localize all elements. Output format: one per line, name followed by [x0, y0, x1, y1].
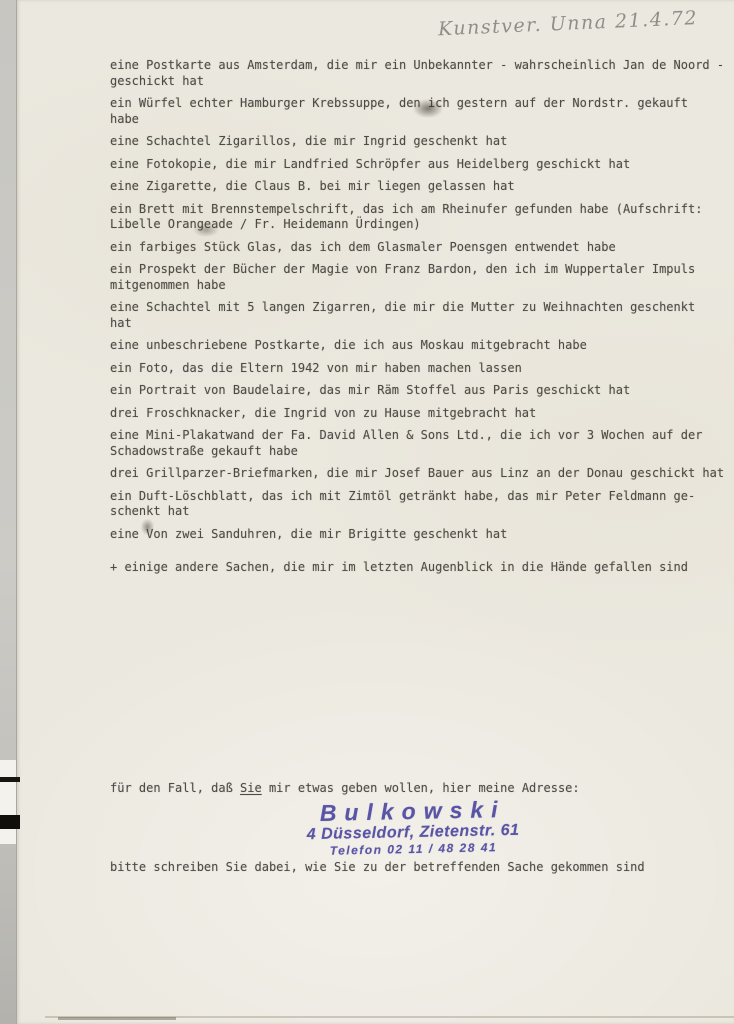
list-item: eine Postkarte aus Amsterdam, die mir ei… [110, 58, 734, 89]
list-item: ein Portrait von Baudelaire, das mir Räm… [110, 383, 734, 399]
list-item: eine unbeschriebene Postkarte, die ich a… [110, 338, 734, 354]
list-item: eine Schachtel Zigarillos, die mir Ingri… [110, 134, 734, 150]
closing-note: + einige andere Sachen, die mir im letzt… [110, 560, 734, 576]
list-item: eine Mini-Plakatwand der Fa. David Allen… [110, 428, 734, 459]
address-intro-underlined: Sie [240, 781, 262, 795]
list-item: ein Brett mit Brennstempelschrift, das i… [110, 202, 734, 233]
scanner-edge-strip [0, 0, 17, 1024]
typewritten-text: eine Postkarte aus Amsterdam, die mir ei… [110, 58, 734, 876]
film-mark-thick [0, 815, 20, 829]
strip-white-patch [0, 760, 16, 844]
list-item: ein Foto, das die Eltern 1942 von mir ha… [110, 361, 734, 377]
list-item: eine Fotokopie, die mir Landfried Schröp… [110, 157, 734, 173]
address-intro: für den Fall, daß Sie mir etwas geben wo… [110, 781, 734, 797]
address-intro-after: mir etwas geben wollen, hier meine Adres… [262, 781, 580, 795]
list-item: drei Froschknacker, die Ingrid von zu Ha… [110, 406, 734, 422]
request-line: bitte schreiben Sie dabei, wie Sie zu de… [110, 860, 734, 876]
list-item: ein Würfel echter Hamburger Krebssuppe, … [110, 96, 734, 127]
list-item: eine Schachtel mit 5 langen Zigarren, di… [110, 300, 734, 331]
footer-block: für den Fall, daß Sie mir etwas geben wo… [110, 781, 734, 876]
paper-bottom-edge-dark [58, 1017, 176, 1020]
film-mark-thin [0, 777, 20, 782]
list-item: ein Duft-Löschblatt, das ich mit Zimtöl … [110, 489, 734, 520]
list-item: ein Prospekt der Bücher der Magie von Fr… [110, 262, 734, 293]
list-item: eine Von zwei Sanduhren, die mir Brigitt… [110, 527, 734, 543]
address-stamp: Bulkowski 4 Düsseldorf, Zietenstr. 61 Te… [267, 796, 558, 859]
list-item: drei Grillparzer-Briefmarken, die mir Jo… [110, 466, 734, 482]
list-item: ein farbiges Stück Glas, das ich dem Gla… [110, 240, 734, 256]
address-intro-before: für den Fall, daß [110, 781, 240, 795]
list-item: eine Zigarette, die Claus B. bei mir lie… [110, 179, 734, 195]
